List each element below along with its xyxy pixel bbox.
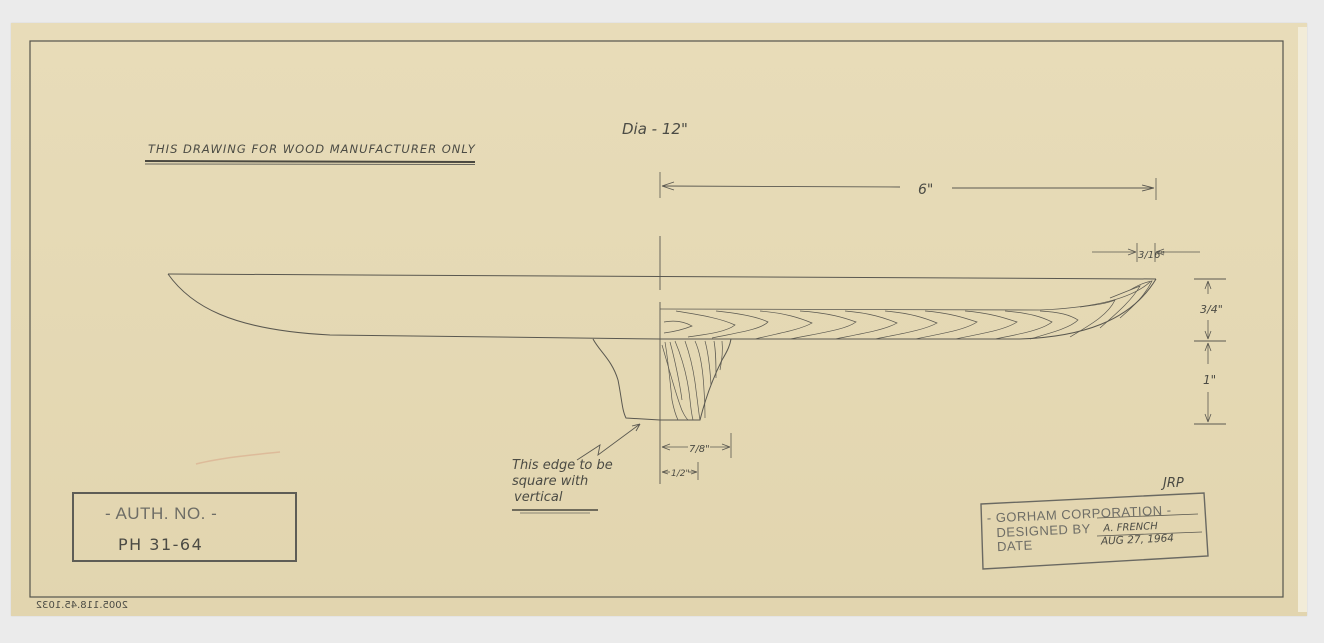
edge-note-line-1: This edge to be: [512, 458, 613, 473]
height-dimensions: [1194, 279, 1226, 424]
initials: JRP: [1160, 476, 1184, 491]
designed-by-label: DESIGNED BY: [996, 521, 1091, 540]
foot-inset-label: 1/2": [671, 469, 690, 479]
edge-note-line-2: square with: [512, 474, 588, 489]
accession-number: 2005.118.45.1032: [36, 600, 128, 611]
edge-note-underline: [512, 510, 598, 513]
edge-note-line-3: vertical: [514, 490, 563, 505]
radius-dimension: [660, 172, 1156, 200]
bowl-left-profile: [168, 274, 660, 339]
date-value: AUG 27, 1964: [1100, 532, 1175, 547]
foot-grain-pattern: [662, 341, 722, 420]
bowl-inner-surface: [660, 282, 1150, 310]
edge-note-leader: [577, 424, 640, 460]
bowl-rim-line: [168, 274, 1156, 279]
diameter-label: Dia - 12": [622, 120, 688, 138]
paper-stain: [196, 452, 280, 464]
auth-number: PH 31-64: [118, 535, 203, 554]
foot-left-profile: [593, 339, 660, 420]
bowl-depth-label: 3/4": [1200, 303, 1223, 316]
rim-thickness-label: 3/16": [1138, 250, 1165, 261]
header-note-underline: [145, 161, 475, 165]
radius-label: 6": [918, 182, 933, 198]
foot-width-label: 7/8": [689, 444, 710, 455]
date-label: DATE: [997, 538, 1033, 555]
header-note: THIS DRAWING FOR WOOD MANUFACTURER ONLY: [148, 142, 476, 156]
auth-stamp-title: - AUTH. NO. -: [105, 504, 217, 523]
foot-height-label: 1": [1203, 373, 1216, 387]
technical-drawing: THIS DRAWING FOR WOOD MANUFACTURER ONLY …: [0, 0, 1324, 643]
foot-right-profile: [660, 339, 731, 420]
